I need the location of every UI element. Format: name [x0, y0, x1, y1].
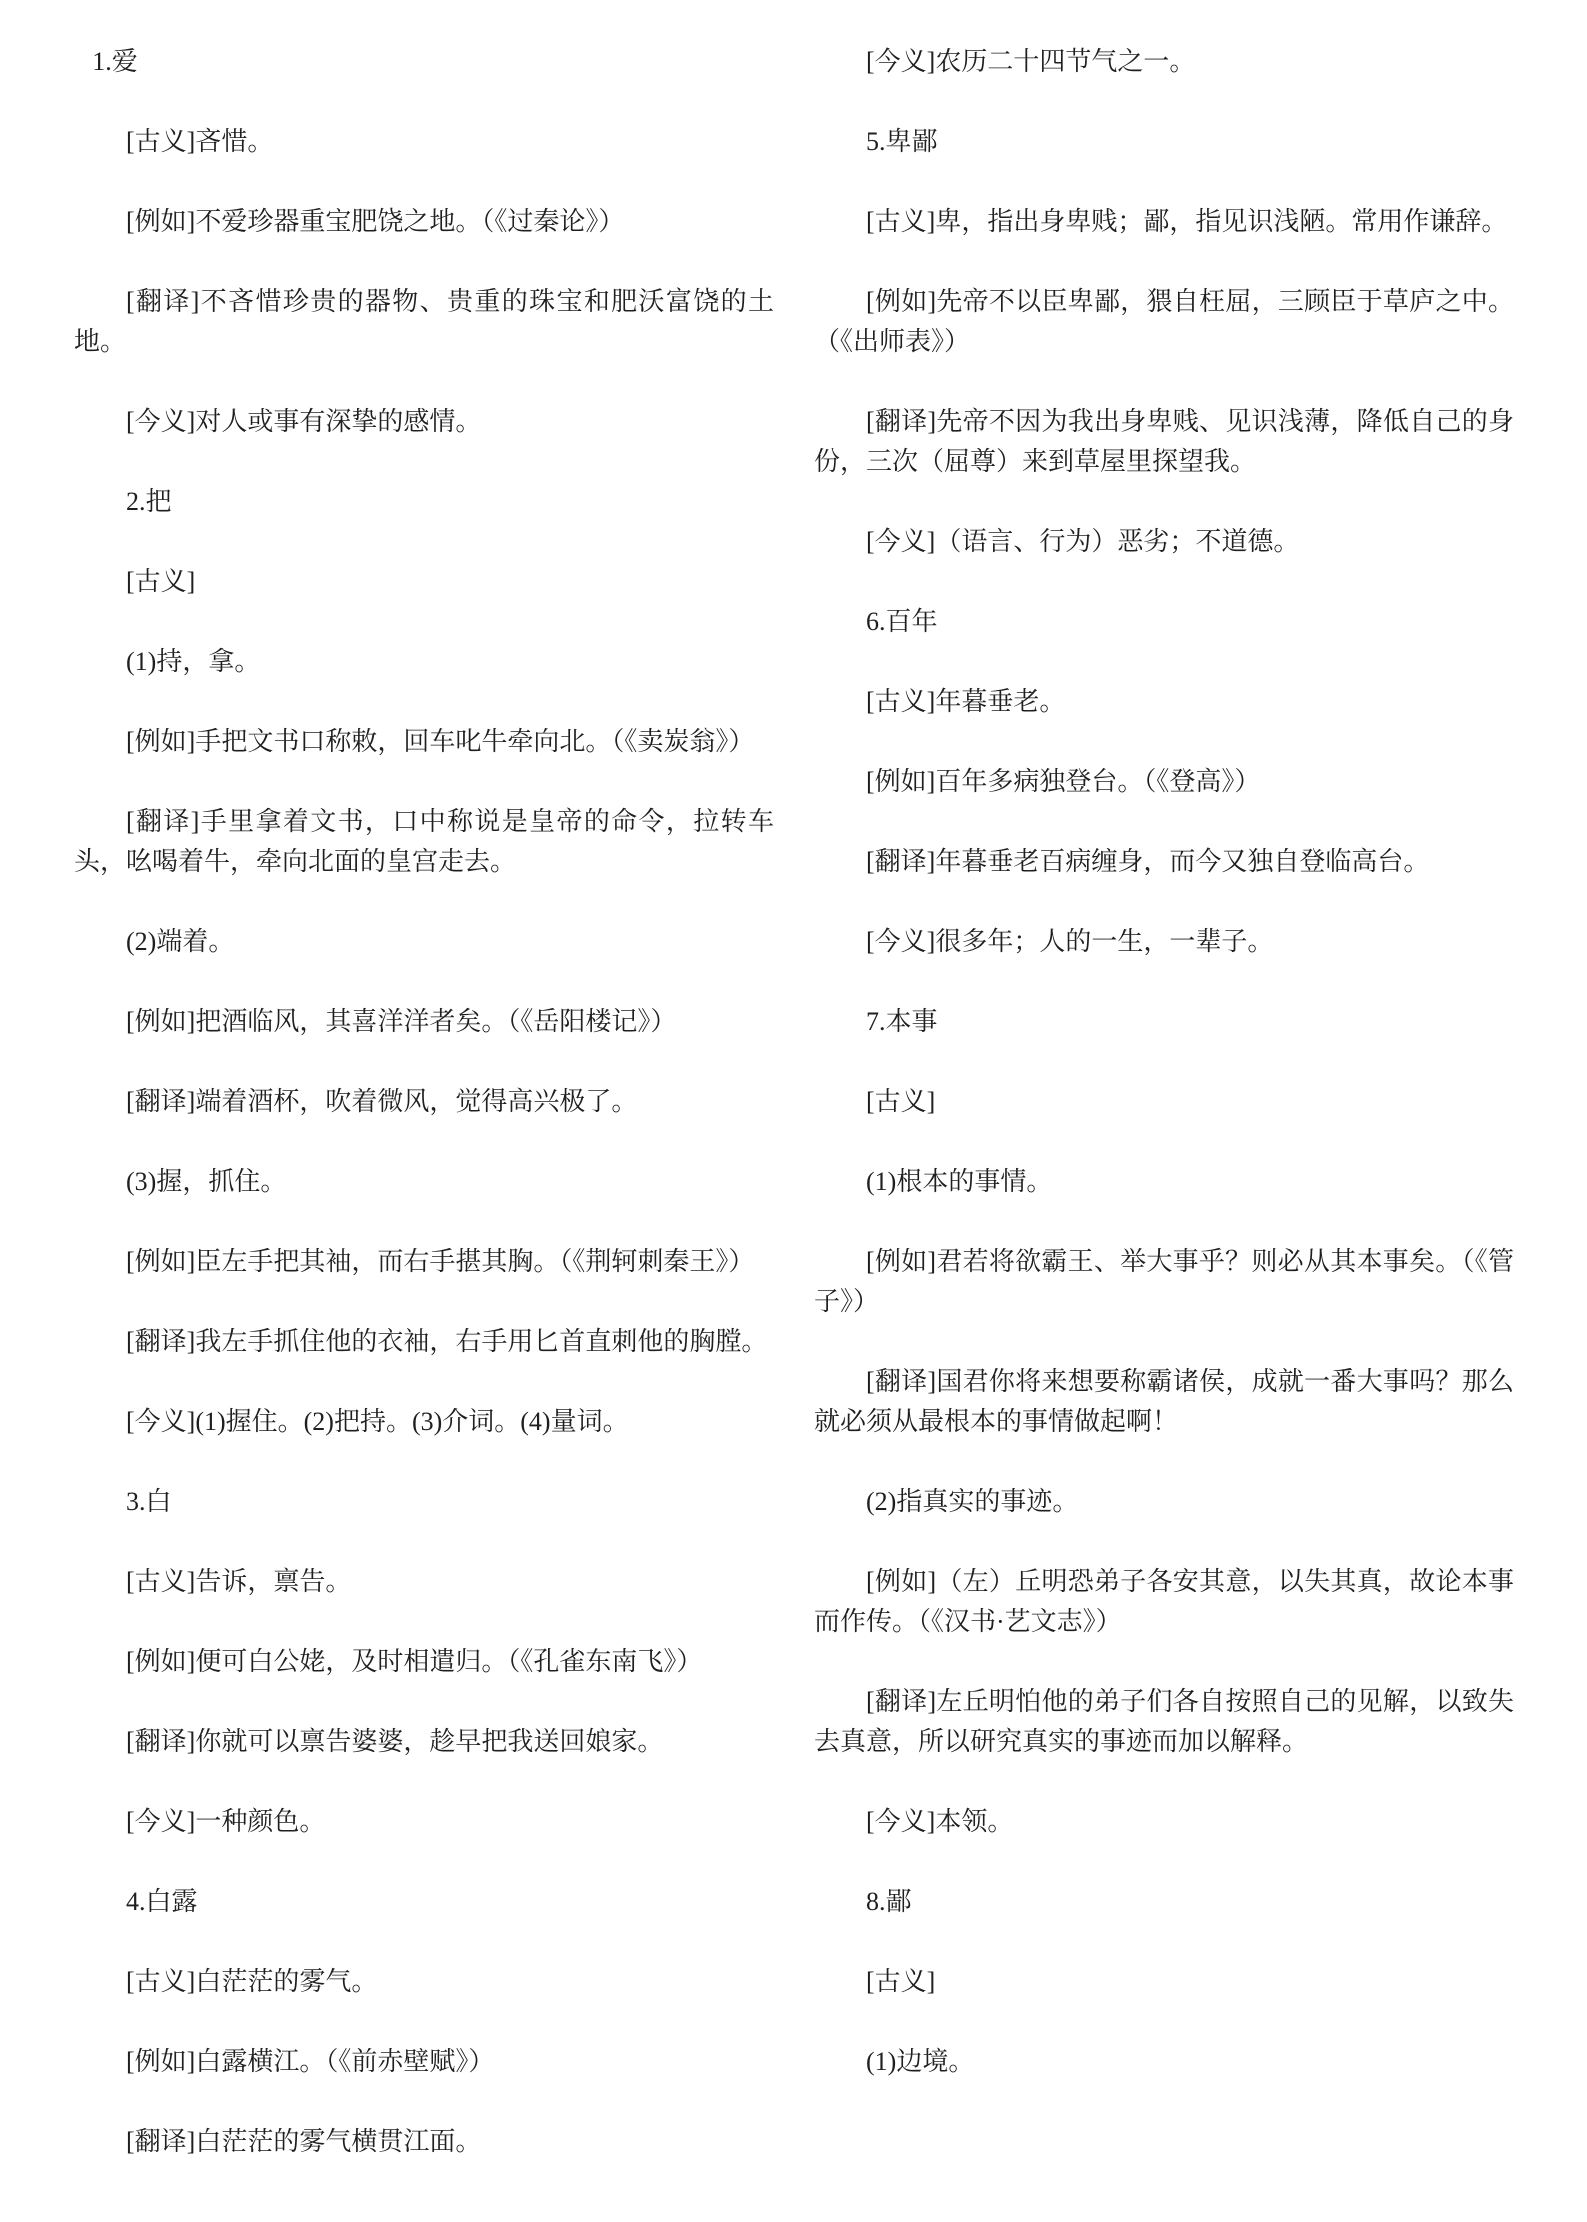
document-paragraph: 1.爱	[74, 42, 774, 82]
document-paragraph: [例如]白露横江。（《前赤壁赋》）	[74, 2042, 774, 2082]
document-paragraph: [今义]对人或事有深挚的感情。	[74, 402, 774, 442]
document-paragraph: [翻译]白茫茫的雾气横贯江面。	[74, 2122, 774, 2162]
document-paragraph: [古义]告诉，禀告。	[74, 1562, 774, 1602]
document-paragraph: [例如]便可白公姥，及时相遣归。（《孔雀东南飞》）	[74, 1642, 774, 1682]
document-paragraph: [例如]先帝不以臣卑鄙，猥自枉屈，三顾臣于草庐之中。（《出师表》）	[814, 282, 1514, 362]
document-paragraph: [翻译]手里拿着文书，口中称说是皇帝的命令，拉转车头，吆喝着牛，牵向北面的皇宫走…	[74, 802, 774, 882]
document-paragraph: [古义]	[814, 1962, 1514, 2002]
document-paragraph: [古义]	[814, 1082, 1514, 1122]
document-paragraph: 2.把	[74, 482, 774, 522]
document-paragraph: (1)根本的事情。	[814, 1162, 1514, 1202]
document-paragraph: [翻译]国君你将来想要称霸诸侯，成就一番大事吗？那么就必须从最根本的事情做起啊！	[814, 1362, 1514, 1442]
document-paragraph: [古义]卑，指出身卑贱；鄙，指见识浅陋。常用作谦辞。	[814, 202, 1514, 242]
document-paragraph: [例如]手把文书口称敕，回车叱牛牵向北。（《卖炭翁》）	[74, 722, 774, 762]
document-paragraph: 4.白露	[74, 1882, 774, 1922]
document-paragraph: [古义]白茫茫的雾气。	[74, 1962, 774, 2002]
document-paragraph: 5.卑鄙	[814, 122, 1514, 162]
document-paragraph: [今义]农历二十四节气之一。	[814, 42, 1514, 82]
document-paragraph: (2)端着。	[74, 922, 774, 962]
document-paragraph: [例如]把酒临风，其喜洋洋者矣。（《岳阳楼记》）	[74, 1002, 774, 1042]
document-paragraph: [今义]（语言、行为）恶劣；不道德。	[814, 522, 1514, 562]
document-paragraph: 7.本事	[814, 1002, 1514, 1042]
document-paragraph: [今义]一种颜色。	[74, 1802, 774, 1842]
document-paragraph: [古义]吝惜。	[74, 122, 774, 162]
document-paragraph: [翻译]我左手抓住他的衣袖，右手用匕首直刺他的胸膛。	[74, 1322, 774, 1362]
document-paragraph: [例如]不爱珍器重宝肥饶之地。（《过秦论》）	[74, 202, 774, 242]
document-paragraph: [例如]（左）丘明恐弟子各安其意，以失其真，故论本事而作传。（《汉书·艺文志》）	[814, 1562, 1514, 1642]
document-paragraph: (2)指真实的事迹。	[814, 1482, 1514, 1522]
document-paragraph: 6.百年	[814, 602, 1514, 642]
document-paragraph: [翻译]端着酒杯，吹着微风，觉得高兴极了。	[74, 1082, 774, 1122]
document-paragraph: [古义]	[74, 562, 774, 602]
document-paragraph: [今义]本领。	[814, 1802, 1514, 1842]
document-paragraph: 3.白	[74, 1482, 774, 1522]
document-column-right: [今义]农历二十四节气之一。5.卑鄙[古义]卑，指出身卑贱；鄙，指见识浅陋。常用…	[814, 42, 1514, 2202]
document-page: 1.爱[古义]吝惜。[例如]不爱珍器重宝肥饶之地。（《过秦论》）[翻译]不吝惜珍…	[0, 0, 1587, 2222]
document-paragraph: [古义]年暮垂老。	[814, 682, 1514, 722]
document-paragraph: (3)握，抓住。	[74, 1162, 774, 1202]
document-paragraph: (1)边境。	[814, 2042, 1514, 2082]
document-paragraph: [翻译]你就可以禀告婆婆，趁早把我送回娘家。	[74, 1722, 774, 1762]
document-paragraph: [翻译]年暮垂老百病缠身，而今又独自登临高台。	[814, 842, 1514, 882]
document-column-left: 1.爱[古义]吝惜。[例如]不爱珍器重宝肥饶之地。（《过秦论》）[翻译]不吝惜珍…	[74, 42, 774, 2202]
document-paragraph: [翻译]先帝不因为我出身卑贱、见识浅薄，降低自己的身份，三次（屈尊）来到草屋里探…	[814, 402, 1514, 482]
document-paragraph: 8.鄙	[814, 1882, 1514, 1922]
document-paragraph: [翻译]左丘明怕他的弟子们各自按照自己的见解，以致失去真意，所以研究真实的事迹而…	[814, 1682, 1514, 1762]
document-paragraph: [今义](1)握住。(2)把持。(3)介词。(4)量词。	[74, 1402, 774, 1442]
document-paragraph: [今义]很多年；人的一生，一辈子。	[814, 922, 1514, 962]
document-paragraph: [例如]臣左手把其袖，而右手揕其胸。（《荆轲刺秦王》）	[74, 1242, 774, 1282]
document-paragraph: [例如]君若将欲霸王、举大事乎？则必从其本事矣。（《管子》）	[814, 1242, 1514, 1322]
document-columns: 1.爱[古义]吝惜。[例如]不爱珍器重宝肥饶之地。（《过秦论》）[翻译]不吝惜珍…	[74, 42, 1517, 2202]
document-paragraph: [例如]百年多病独登台。（《登高》）	[814, 762, 1514, 802]
document-paragraph: [翻译]不吝惜珍贵的器物、贵重的珠宝和肥沃富饶的土地。	[74, 282, 774, 362]
document-paragraph: (1)持，拿。	[74, 642, 774, 682]
